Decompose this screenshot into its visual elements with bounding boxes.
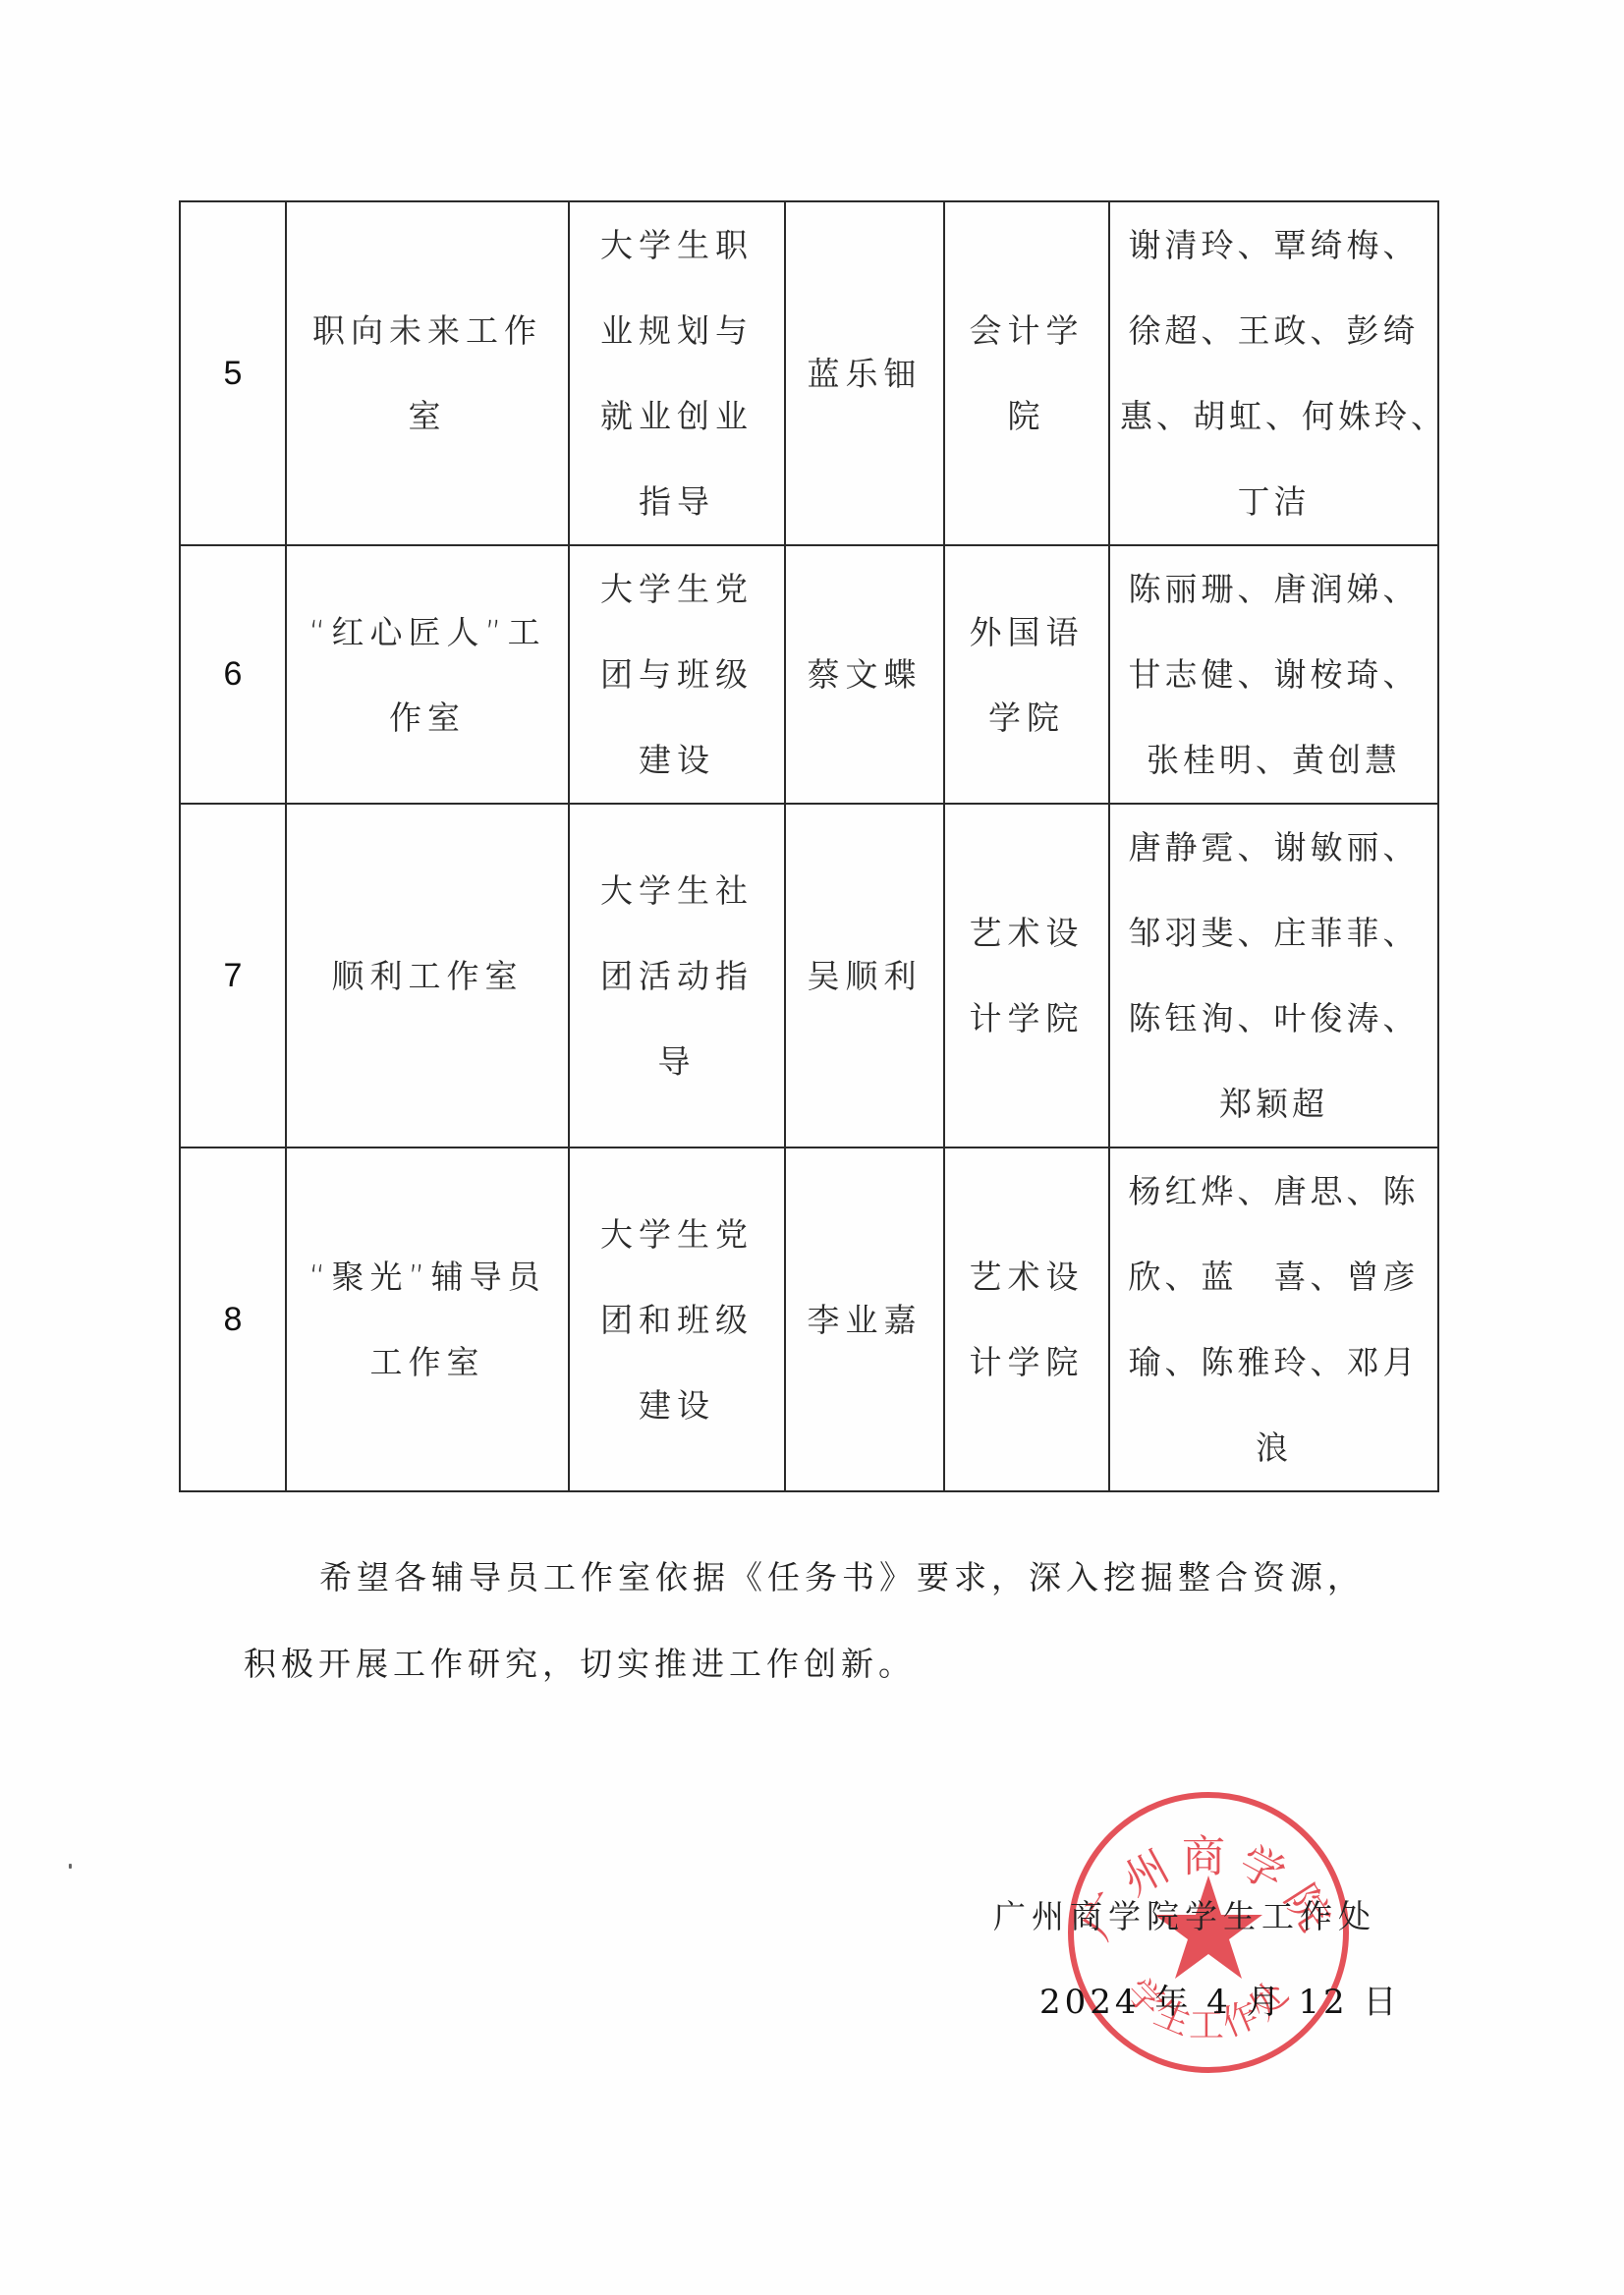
studio-members: 杨红烨、唐思、陈 欣、蓝 喜、曾彦 瑜、陈雅玲、邓月 浪 <box>1109 1147 1438 1491</box>
studio-members: 陈丽珊、唐润娣、 甘志健、谢桉琦、 张桂明、黄创慧 <box>1109 545 1438 804</box>
studio-field: 大学生社 团活动指 导 <box>569 804 785 1147</box>
row-number: 7 <box>180 804 286 1147</box>
studio-leader: 李业嘉 <box>785 1147 944 1491</box>
scan-speck <box>69 1864 72 1869</box>
row-number: 6 <box>180 545 286 804</box>
studio-field: 大学生党 团和班级 建设 <box>569 1147 785 1491</box>
studio-members: 谢清玲、覃绮梅、 徐超、王政、彭绮 惠、胡虹、何姝玲、 丁洁 <box>1109 201 1438 545</box>
studio-roster-table: 5 职向未来工作 室 大学生职 业规划与 就业创业 指导 蓝乐钿 会计学 院 <box>179 200 1439 1492</box>
table-row: 7 顺利工作室 大学生社 团活动指 导 吴顺利 艺术设 计学院 唐静霓、谢敏丽、… <box>180 804 1438 1147</box>
studio-field: 大学生职 业规划与 就业创业 指导 <box>569 201 785 545</box>
document-page: 5 职向未来工作 室 大学生职 业规划与 就业创业 指导 蓝乐钿 会计学 院 <box>0 0 1624 2295</box>
row-number: 5 <box>180 201 286 545</box>
studio-name: 顺利工作室 <box>286 804 569 1147</box>
closing-paragraph-line-1: 希望各辅导员工作室依据《任务书》要求，深入挖掘整合资源， <box>319 1552 1365 1598</box>
studio-field: 大学生党 团与班级 建设 <box>569 545 785 804</box>
studio-name: “聚光”辅导员 工作室 <box>286 1147 569 1491</box>
table-row: 5 职向未来工作 室 大学生职 业规划与 就业创业 指导 蓝乐钿 会计学 院 <box>180 201 1438 545</box>
studio-college: 外国语 学院 <box>944 545 1109 804</box>
studio-name: 职向未来工作 室 <box>286 201 569 545</box>
row-number: 8 <box>180 1147 286 1491</box>
studio-college: 艺术设 计学院 <box>944 1147 1109 1491</box>
studio-members: 唐静霓、谢敏丽、 邹羽斐、庄菲菲、 陈钰洵、叶俊涛、 郑颖超 <box>1109 804 1438 1147</box>
studio-leader: 蔡文蝶 <box>785 545 944 804</box>
studio-name: “红心匠人”工 作室 <box>286 545 569 804</box>
studio-leader: 蓝乐钿 <box>785 201 944 545</box>
table-row: 8 “聚光”辅导员 工作室 大学生党 团和班级 建设 李业嘉 艺术设 计学院 杨… <box>180 1147 1438 1491</box>
issue-date: 2024 年 4 月 12 日 <box>1039 1975 1400 2023</box>
studio-leader: 吴顺利 <box>785 804 944 1147</box>
studio-college: 会计学 院 <box>944 201 1109 545</box>
studio-college: 艺术设 计学院 <box>944 804 1109 1147</box>
closing-paragraph-line-2: 积极开展工作研究，切实推进工作创新。 <box>244 1639 916 1685</box>
issuing-office: 广州商学院学生工作处 <box>993 1891 1376 1937</box>
table-row: 6 “红心匠人”工 作室 大学生党 团与班级 建设 蔡文蝶 外国语 学院 陈丽珊… <box>180 545 1438 804</box>
